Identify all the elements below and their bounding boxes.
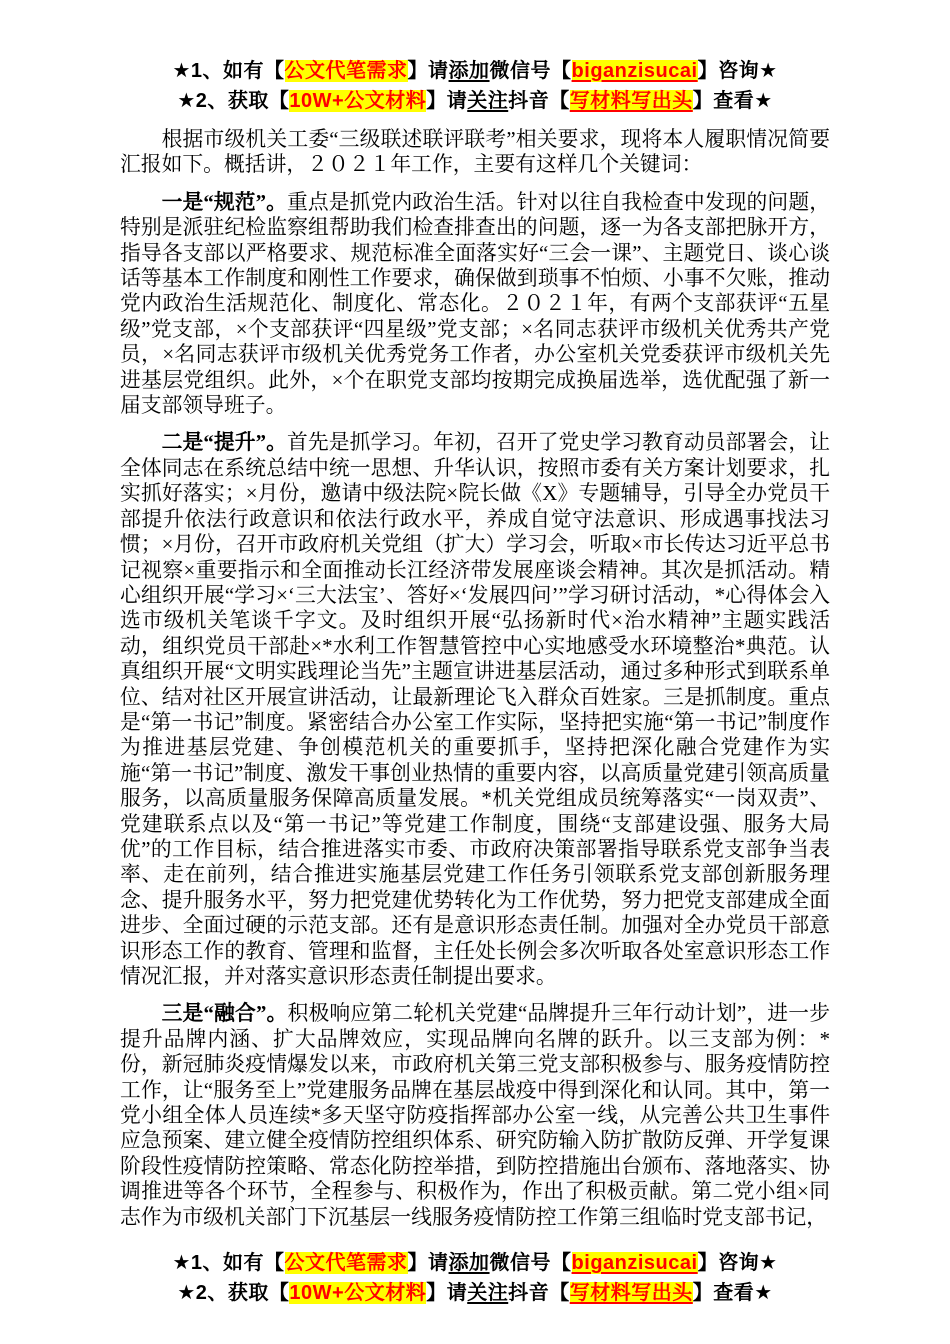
- promo-segment: 添加: [449, 1252, 490, 1274]
- paragraph-text: 根据市级机关工委“三级联述联评联考”相关要求，现将本人履职情况简要汇报如下。概括…: [120, 128, 830, 176]
- promo-header: ★1、如有【公文代笔需求】请添加微信号【biganzisucai】咨询★ ★2、…: [120, 56, 830, 116]
- promo-segment: 】咨询★: [698, 60, 778, 82]
- paragraph-lead: 一是“规范”。: [162, 191, 287, 214]
- promo-segment: 写材料写出头: [570, 90, 693, 112]
- promo-segment: 公文代笔需求: [285, 1252, 408, 1274]
- paragraph: 根据市级机关工委“三级联述联评联考”相关要求，现将本人履职情况简要汇报如下。概括…: [120, 127, 830, 178]
- promo-segment: 关注: [467, 1282, 508, 1304]
- promo-segment: 添加: [449, 60, 490, 82]
- promo-segment: 】请: [426, 90, 467, 112]
- promo-segment: 抖音【: [508, 90, 570, 112]
- promo-segment: 】咨询★: [698, 1252, 778, 1274]
- promo-header-line-1: ★1、如有【公文代笔需求】请添加微信号【biganzisucai】咨询★: [120, 56, 830, 86]
- paragraph-lead: 二是“提升”。: [162, 431, 287, 454]
- document-page: ★1、如有【公文代笔需求】请添加微信号【biganzisucai】咨询★ ★2、…: [0, 0, 950, 1344]
- promo-segment: 】查看★: [693, 90, 773, 112]
- paragraph-text: 首先是抓学习。年初，召开了党史学习教育动员部署会，让全体同志在系统总结中统一思想…: [120, 431, 830, 988]
- promo-segment: 】请: [408, 1252, 449, 1274]
- promo-segment: biganzisucai: [572, 1252, 698, 1274]
- promo-segment: 微信号【: [490, 1252, 572, 1274]
- promo-segment: 微信号【: [490, 60, 572, 82]
- promo-segment: 10W+公文材料: [289, 1282, 426, 1304]
- paragraph: 三是“融合”。积极响应第二轮机关党建“品牌提升三年行动计划”，进一步提升品牌内涵…: [120, 1001, 830, 1230]
- paragraph-lead: 三是“融合”。: [162, 1002, 288, 1025]
- promo-segment: 抖音【: [508, 1282, 570, 1304]
- promo-footer-line-1: ★1、如有【公文代笔需求】请添加微信号【biganzisucai】咨询★: [120, 1248, 830, 1278]
- promo-segment: 关注: [467, 90, 508, 112]
- promo-segment: ★2、获取【: [177, 1282, 289, 1304]
- paragraph: 二是“提升”。首先是抓学习。年初，召开了党史学习教育动员部署会，让全体同志在系统…: [120, 430, 830, 989]
- promo-footer: ★1、如有【公文代笔需求】请添加微信号【biganzisucai】咨询★ ★2、…: [120, 1248, 830, 1308]
- document-body: 根据市级机关工委“三级联述联评联考”相关要求，现将本人履职情况简要汇报如下。概括…: [120, 127, 830, 1230]
- promo-segment: 公文代笔需求: [285, 60, 408, 82]
- promo-header-line-2: ★2、获取【10W+公文材料】请关注抖音【写材料写出头】查看★: [120, 86, 830, 116]
- promo-segment: 】查看★: [693, 1282, 773, 1304]
- promo-segment: 】请: [426, 1282, 467, 1304]
- promo-footer-line-2: ★2、获取【10W+公文材料】请关注抖音【写材料写出头】查看★: [120, 1278, 830, 1308]
- paragraph-text: 重点是抓党内政治生活。针对以往自我检查中发现的问题，特别是派驻纪检监察组帮助我们…: [120, 191, 830, 417]
- promo-segment: 写材料写出头: [570, 1282, 693, 1304]
- paragraph: 一是“规范”。重点是抓党内政治生活。针对以往自我检查中发现的问题，特别是派驻纪检…: [120, 190, 830, 419]
- promo-segment: biganzisucai: [572, 60, 698, 82]
- paragraph-text: 积极响应第二轮机关党建“品牌提升三年行动计划”，进一步提升品牌内涵、扩大品牌效应…: [120, 1002, 830, 1228]
- promo-segment: ★2、获取【: [177, 90, 289, 112]
- promo-segment: 】请: [408, 60, 449, 82]
- promo-segment: ★1、如有【: [172, 60, 284, 82]
- promo-segment: ★1、如有【: [172, 1252, 284, 1274]
- promo-segment: 10W+公文材料: [289, 90, 426, 112]
